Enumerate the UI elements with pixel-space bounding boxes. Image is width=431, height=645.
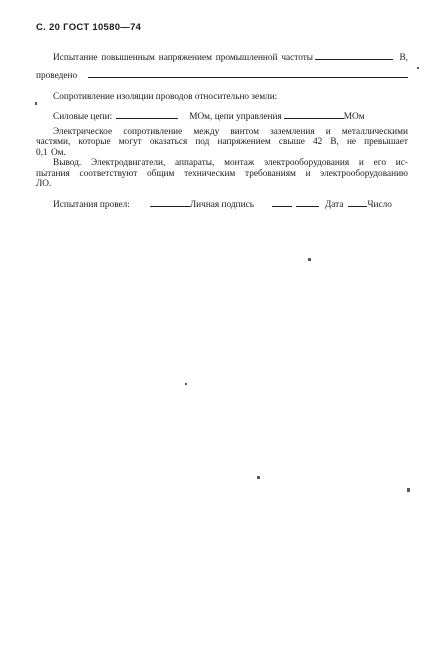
body-paragraphs: Электрическое сопротивление между винтом… [36, 127, 408, 189]
power-circuits-label: Силовые цепи: [53, 112, 112, 123]
insulation-heading: Сопротивление изоляции проводов относите… [53, 92, 277, 103]
conclusion-paragraph-line: Вывод. Электродвигатели, аппараты, монта… [36, 158, 408, 168]
personal-signature-label: Личная подпись [190, 200, 254, 211]
conclusion-paragraph-line: пытания соответствуют общим техническим … [36, 169, 408, 179]
scan-speck [185, 383, 187, 385]
scan-speck [257, 476, 260, 479]
document-page: С. 20 ГОСТ 10580—74 Испытание повышенным… [0, 0, 431, 645]
signature-blank-field [150, 198, 190, 207]
conclusion-paragraph-line: ЛО. [36, 179, 408, 189]
number-label: Число [367, 200, 391, 211]
date-label: Дата [325, 200, 344, 211]
control-circuits-blank-field [284, 110, 344, 119]
scan-speck [35, 102, 37, 105]
tested-by-label: Испытания провел: [53, 200, 130, 211]
circuits-line: Силовые цепи: МОм, цепи управления МОм [53, 110, 365, 123]
insulation-heading-label: Сопротивление изоляции проводов относите… [53, 92, 277, 103]
date-blank-field-1 [272, 198, 292, 207]
scan-speck [407, 488, 410, 492]
power-circuits-blank-field [116, 110, 178, 119]
signature-line: Испытания провел: Личная подпись Дата Чи… [53, 198, 392, 211]
date-blank-field-2 [296, 198, 319, 207]
scan-speck [417, 67, 419, 69]
resistance-paragraph-line: 0,1 Ом. [36, 148, 408, 158]
resistance-paragraph-line: частями, которые могут оказаться под нап… [36, 137, 408, 147]
conducted-label: проведено [36, 71, 77, 82]
scan-speck [308, 258, 311, 261]
control-circuits-label: МОм, цепи управления [189, 112, 282, 123]
conducted-blank-field [88, 69, 408, 78]
voltage-unit-label: В, [399, 53, 408, 64]
resistance-paragraph-line: Электрическое сопротивление между винтом… [36, 127, 408, 137]
number-blank-field [348, 198, 367, 207]
conducted-line: проведено [36, 69, 408, 82]
page-header: С. 20 ГОСТ 10580—74 [36, 22, 141, 33]
voltage-test-label: Испытание повышенным напряжением промышл… [53, 53, 313, 64]
voltage-test-line: Испытание повышенным напряжением промышл… [36, 51, 408, 64]
voltage-blank-field [315, 51, 393, 60]
control-circuits-unit-label: МОм [344, 112, 365, 123]
